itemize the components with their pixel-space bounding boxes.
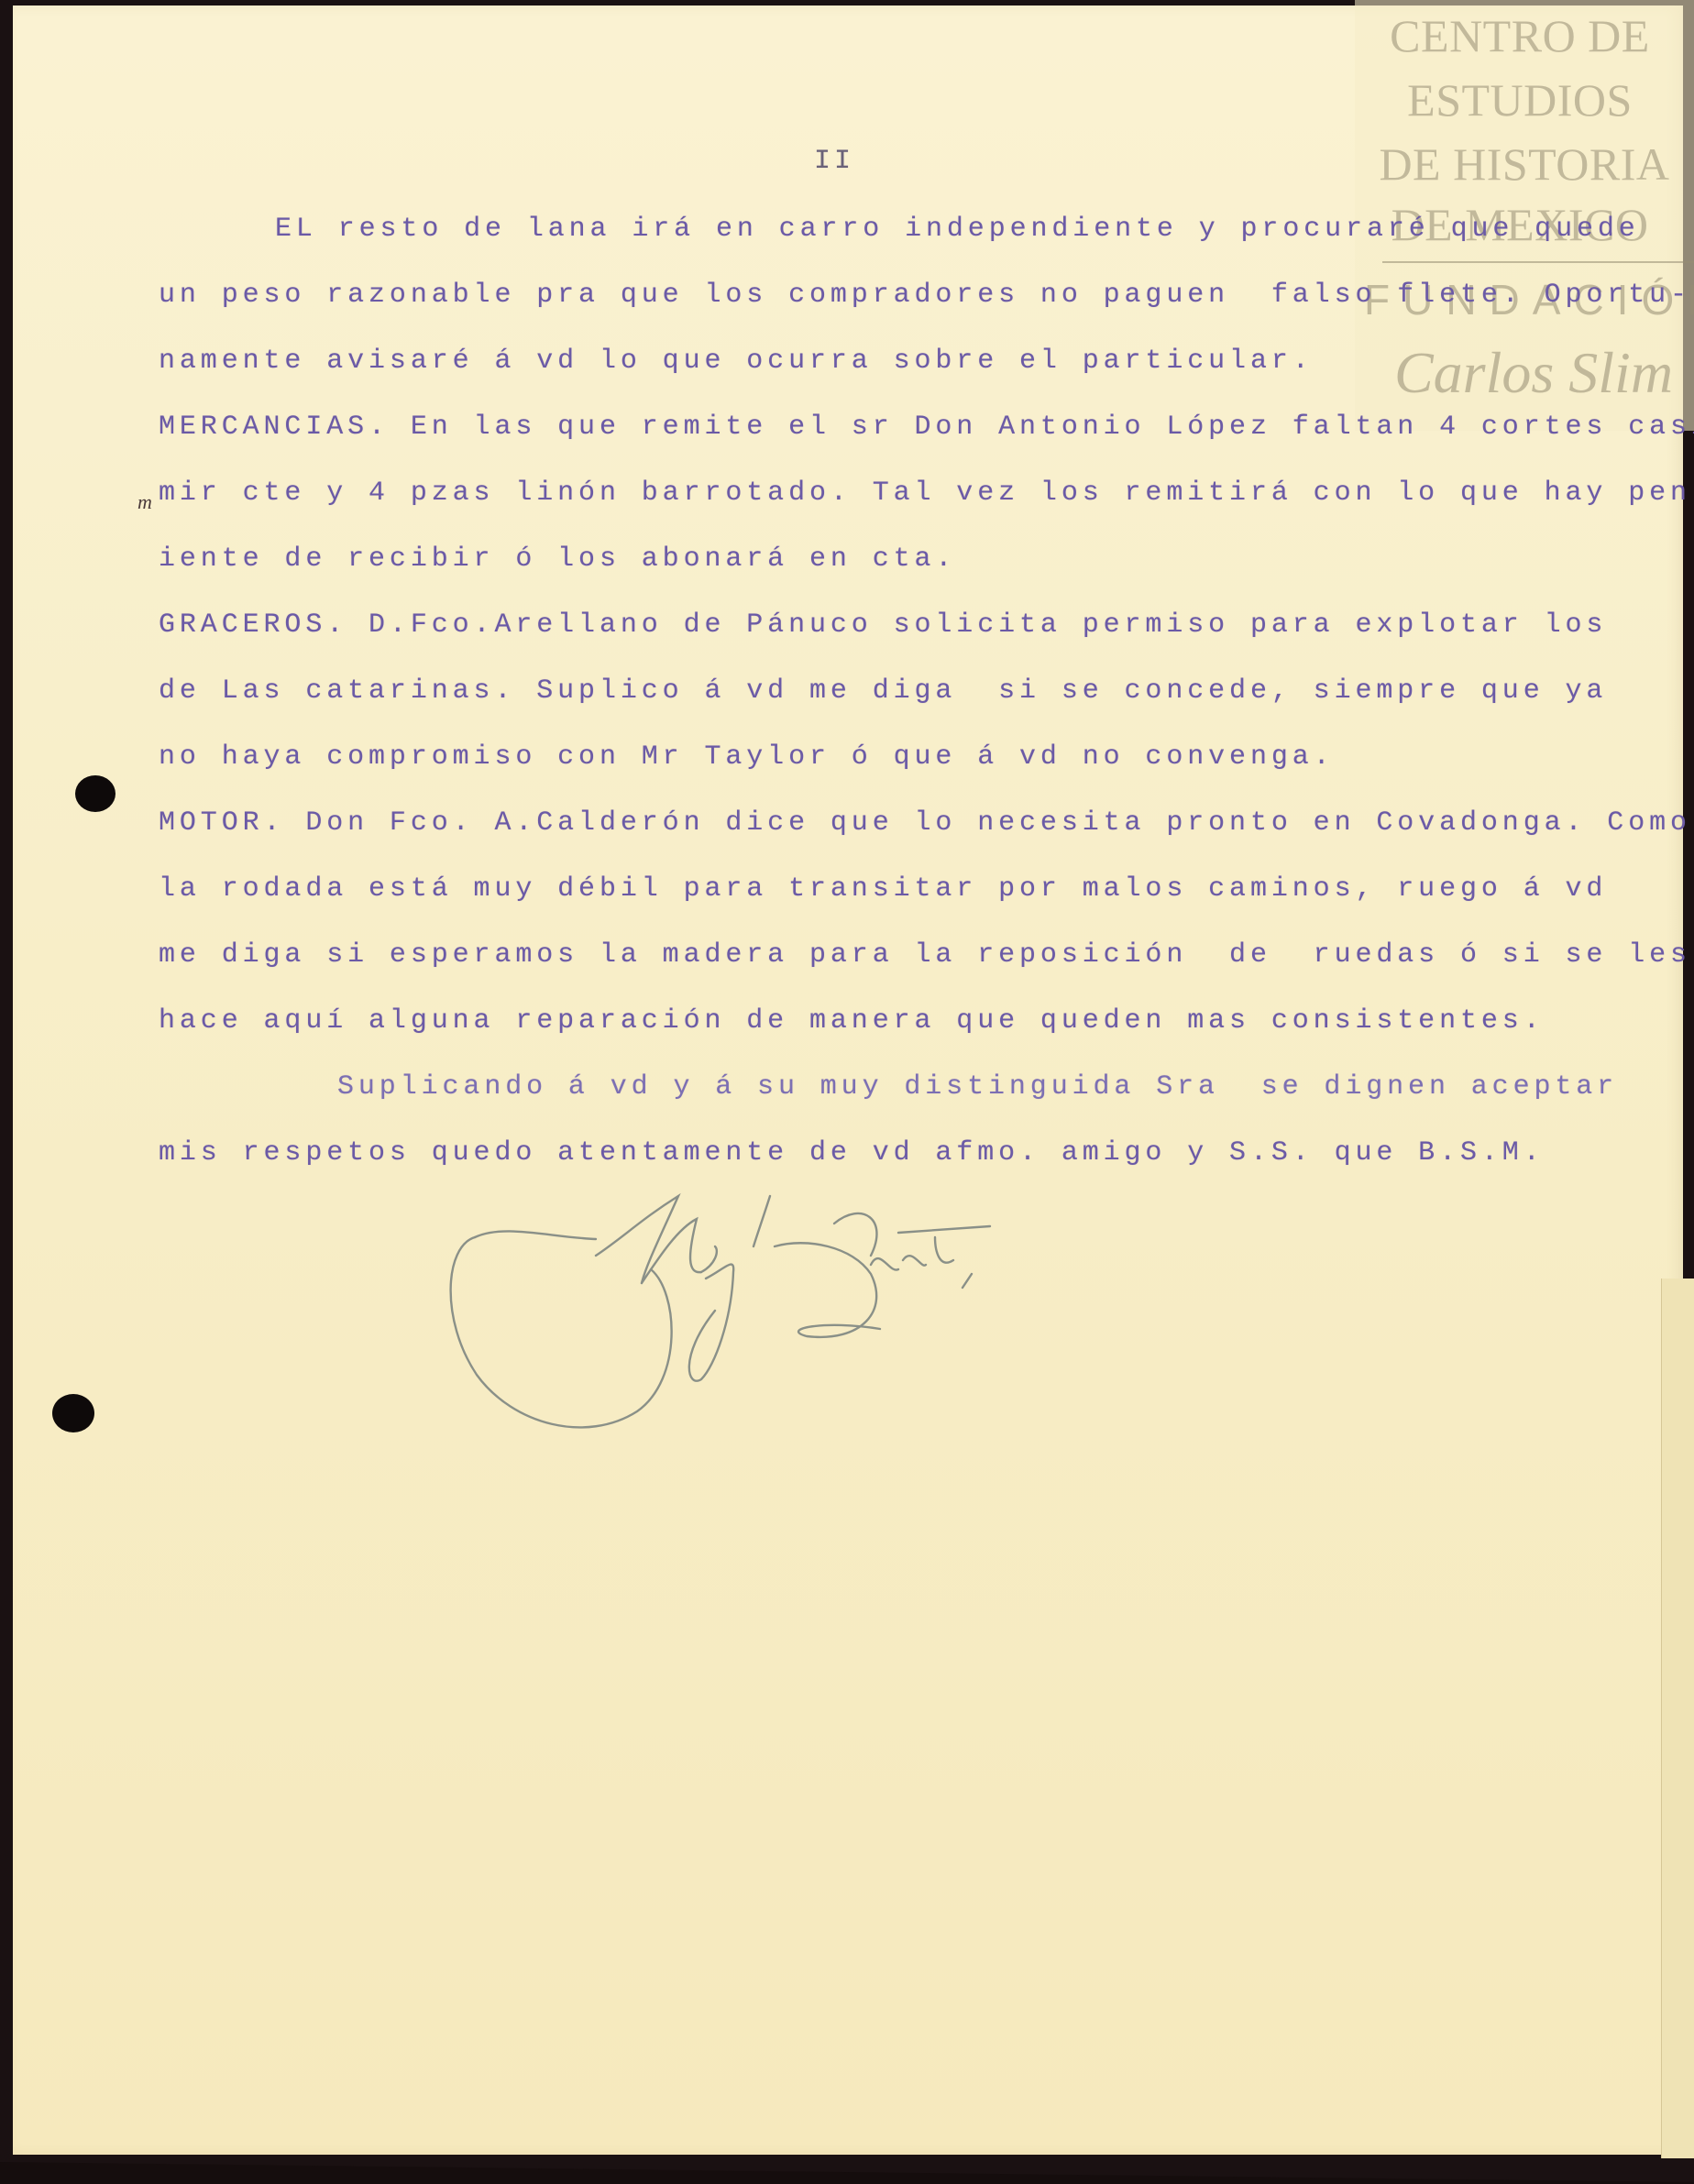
watermark-divider xyxy=(1382,261,1694,263)
closing-line-2: mis respetos quedo atentamente de vd afm… xyxy=(159,1136,1545,1169)
section-graceros-line-3: no haya compromiso con Mr Taylor ó que á… xyxy=(159,741,1335,774)
page-number: II xyxy=(814,145,854,178)
section-mercancias-line-2: mir cte y 4 pzas linón barrotado. Tal ve… xyxy=(159,477,1694,510)
section-motor-line-2: la rodada está muy débil para transitar … xyxy=(159,873,1607,905)
text-line-2: un peso razonable pra que los compradore… xyxy=(159,279,1691,312)
section-graceros-line-2: de Las catarinas. Suplico á vd me diga s… xyxy=(159,675,1607,708)
signature-text: Migl. Soto, xyxy=(610,1191,613,1192)
watermark-signature: Carlos Slim xyxy=(1373,339,1694,407)
page-fold-edge xyxy=(1661,1279,1694,2158)
watermark-line-2: ESTUDIOS xyxy=(1355,68,1685,132)
section-graceros-line-1: GRACEROS. D.Fco.Arellano de Pánuco solic… xyxy=(159,609,1607,642)
text-line-1: EL resto de lana irá en carro independie… xyxy=(275,213,1640,246)
punch-hole-lower xyxy=(52,1394,94,1432)
watermark-line-1: CENTRO DE xyxy=(1355,4,1685,68)
punch-hole-upper xyxy=(75,775,115,812)
section-motor-line-4: hace aquí alguna reparación de manera qu… xyxy=(159,1004,1545,1037)
handwritten-signature: Migl. Soto, xyxy=(440,1182,1283,1439)
text-line-3: namente avisaré á vd lo que ocurra sobre… xyxy=(159,345,1314,378)
section-mercancias-line-1: MERCANCIAS. En las que remite el sr Don … xyxy=(159,411,1694,444)
section-mercancias-line-3: iente de recibir ó los abonará en cta. xyxy=(159,543,956,576)
margin-handwritten-mark: m xyxy=(137,490,152,514)
section-motor-line-3: me diga si esperamos la madera para la r… xyxy=(159,938,1691,971)
section-motor-line-1: MOTOR. Don Fco. A.Calderón dice que lo n… xyxy=(159,807,1691,840)
closing-line-1: Suplicando á vd y á su muy distinguida S… xyxy=(337,1070,1618,1103)
watermark-line-3: DE HISTORIA xyxy=(1355,132,1694,196)
